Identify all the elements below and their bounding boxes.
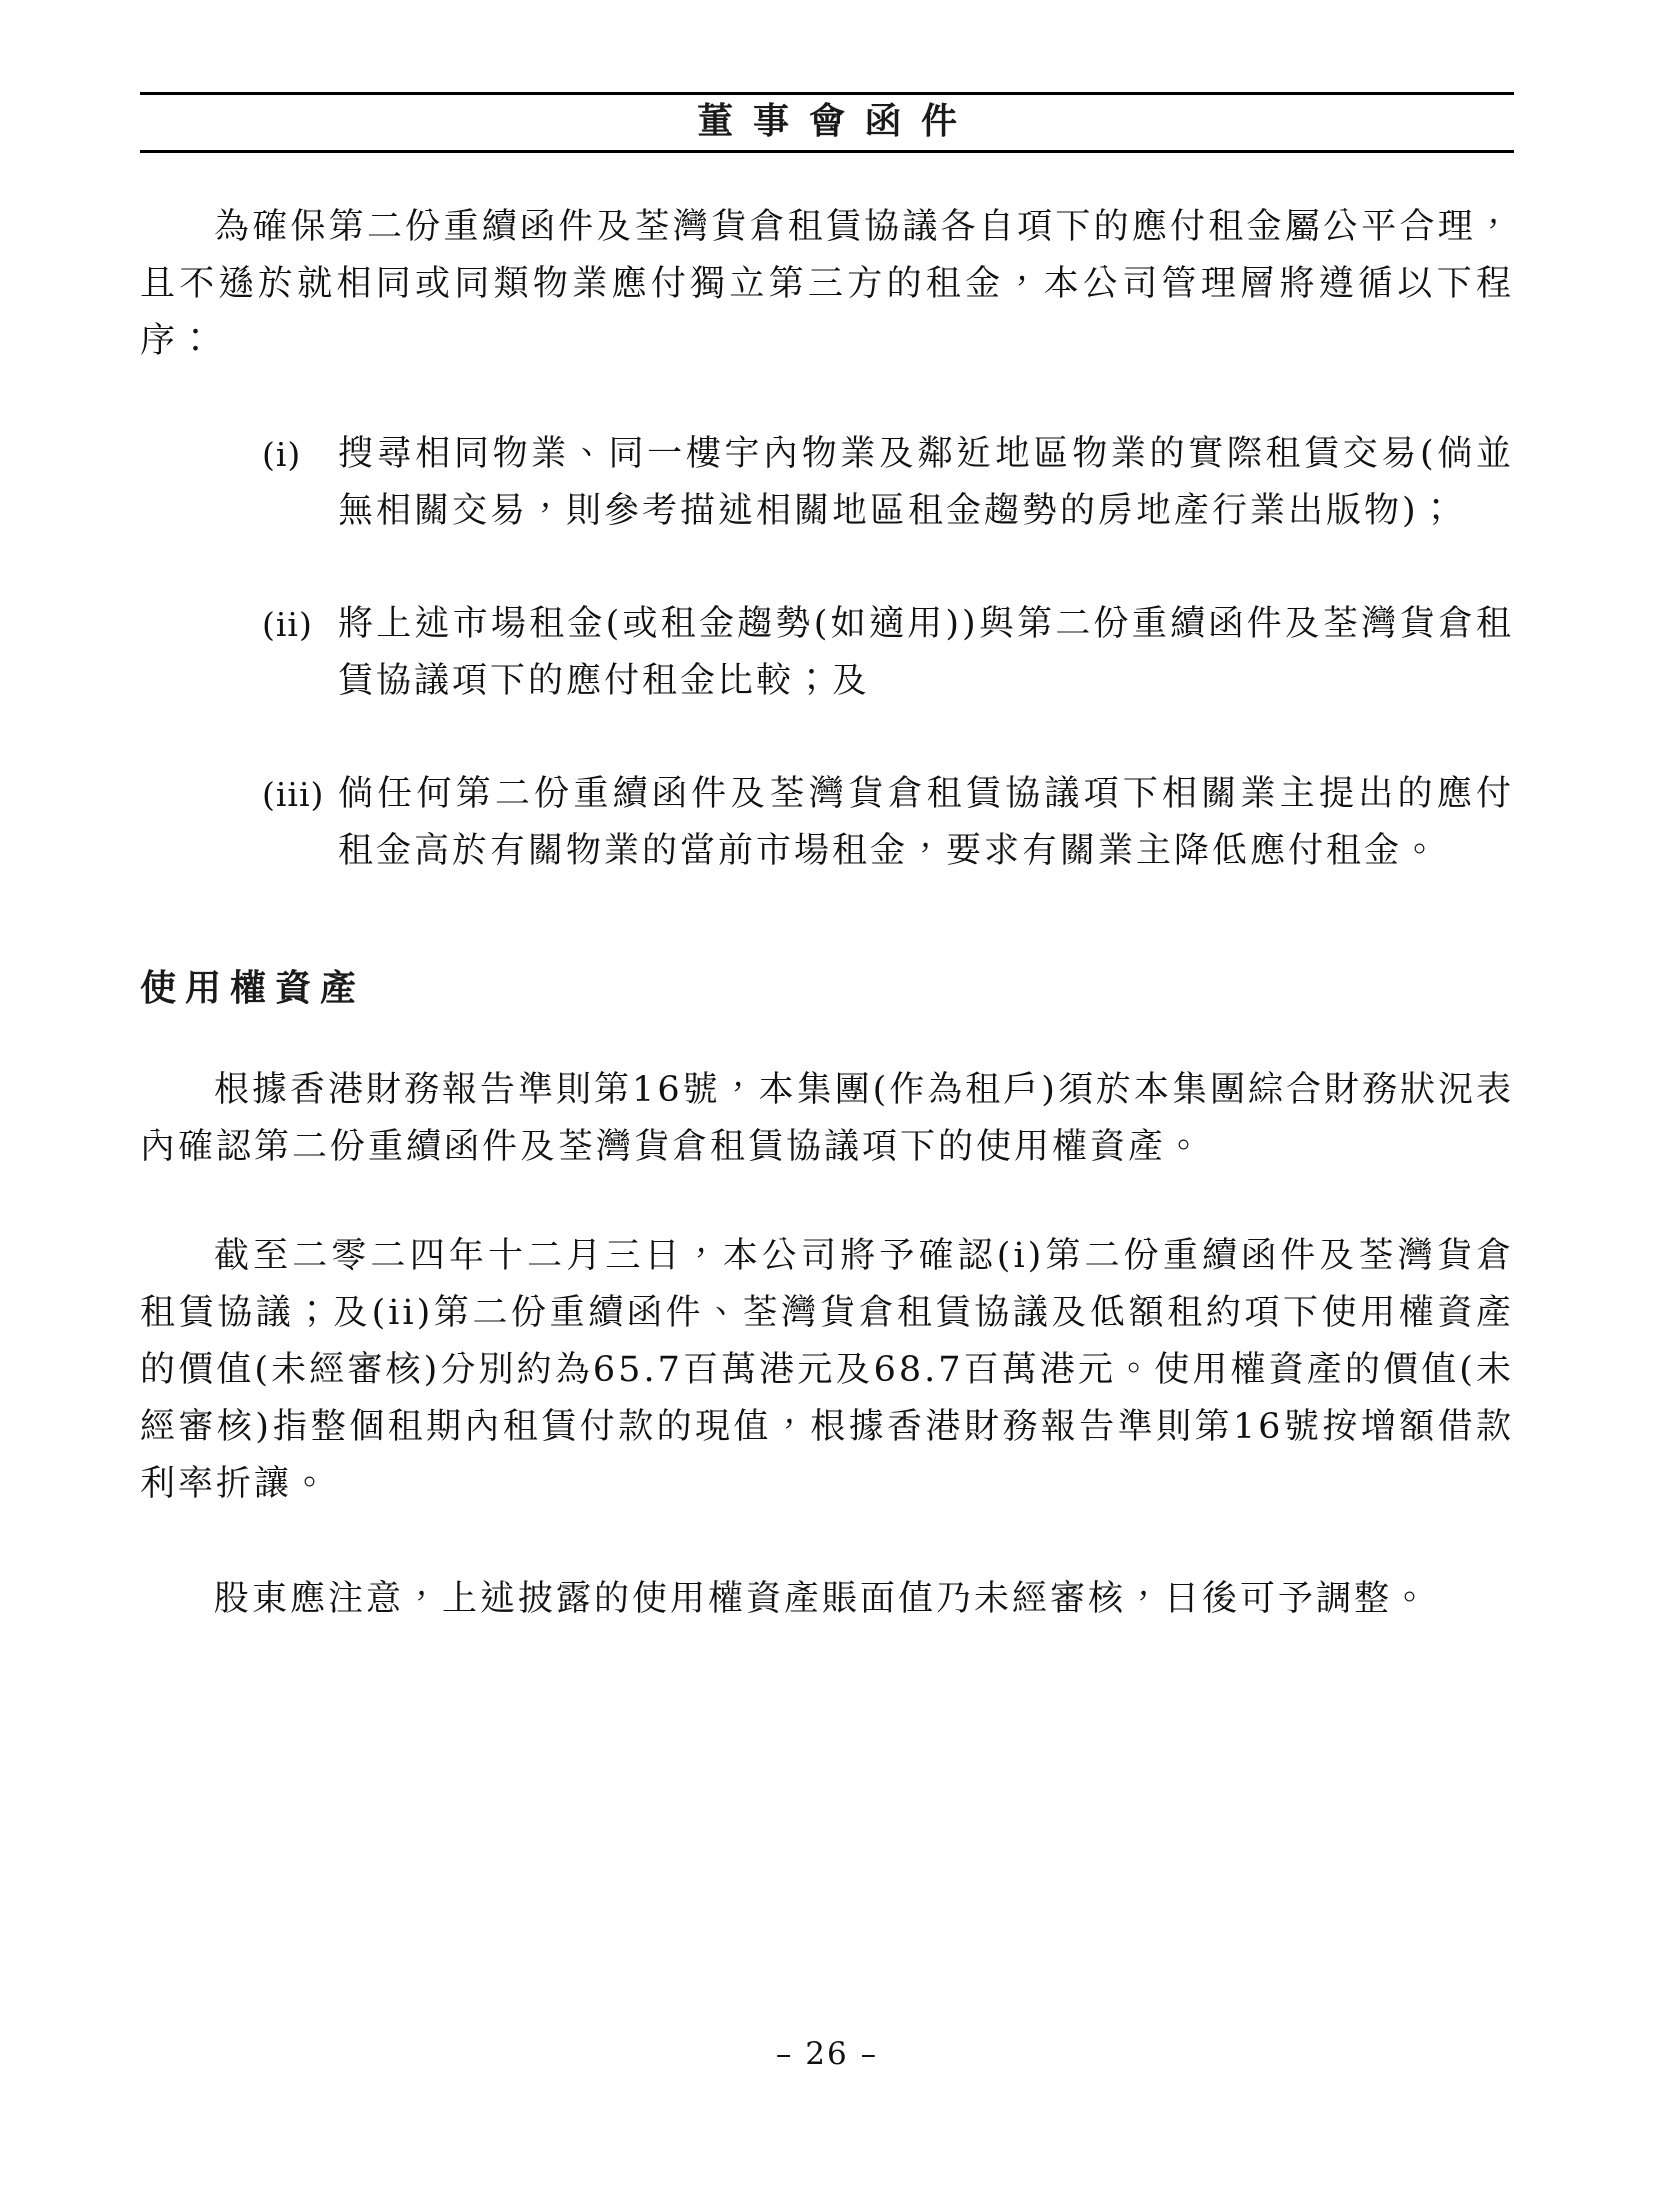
list-marker-iii: (iii)	[262, 766, 338, 880]
paragraph-shareholders-note: 股東應注意，上述披露的使用權資產賬面值乃未經審核，日後可予調整。	[140, 1571, 1514, 1628]
page-content: 董事會函件 為確保第二份重續函件及荃灣貨倉租賃協議各自項下的應付租金屬公平合理，…	[140, 0, 1514, 1628]
page-number: – 26 –	[776, 2036, 878, 2072]
list-item-i: (i) 搜尋相同物業、同一樓宇內物業及鄰近地區物業的實際租賃交易(倘並無相關交易…	[140, 426, 1514, 540]
list-text-i: 搜尋相同物業、同一樓宇內物業及鄰近地區物業的實際租賃交易(倘並無相關交易，則參考…	[338, 426, 1514, 540]
section-heading-right-of-use-assets: 使用權資產	[140, 966, 1514, 1012]
page-title: 董事會函件	[140, 100, 1514, 144]
list-text-iii: 倘任何第二份重續函件及荃灣貨倉租賃協議項下相關業主提出的應付租金高於有關物業的當…	[338, 766, 1514, 880]
list-item-iii: (iii) 倘任何第二份重續函件及荃灣貨倉租賃協議項下相關業主提出的應付租金高於…	[140, 766, 1514, 880]
page-footer: – 26 –	[0, 2036, 1654, 2072]
list-marker-ii: (ii)	[262, 596, 338, 710]
list-marker-i: (i)	[262, 426, 338, 540]
list-text-ii: 將上述市場租金(或租金趨勢(如適用))與第二份重續函件及荃灣貨倉租賃協議項下的應…	[338, 596, 1514, 710]
list-item-ii: (ii) 將上述市場租金(或租金趨勢(如適用))與第二份重續函件及荃灣貨倉租賃協…	[140, 596, 1514, 710]
paragraph-hkfrs16-recognition: 根據香港財務報告準則第16號，本集團(作為租戶)須於本集團綜合財務狀況表內確認第…	[140, 1062, 1514, 1176]
paragraph-rou-asset-values: 截至二零二四年十二月三日，本公司將予確認(i)第二份重續函件及荃灣貨倉租賃協議；…	[140, 1228, 1514, 1513]
document-header: 董事會函件	[140, 92, 1514, 153]
paragraph-procedures-intro: 為確保第二份重續函件及荃灣貨倉租賃協議各自項下的應付租金屬公平合理，且不遜於就相…	[140, 199, 1514, 370]
